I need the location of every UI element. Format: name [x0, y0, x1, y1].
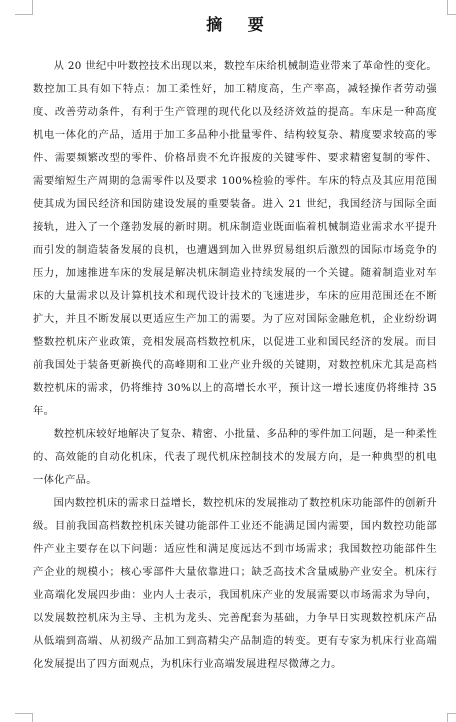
- page-corner-mark-top-right: [447, 0, 456, 15]
- abstract-paragraph-3: 国内数控机床的需求日益增长，数控机床的发展推动了数控机床功能部件的创新升级。目前…: [33, 492, 437, 676]
- abstract-title: 摘 要: [33, 15, 437, 35]
- abstract-paragraph-2: 数控机床较好地解决了复杂、精密、小批量、多品种的零件加工问题，是一种柔性的、高效…: [33, 423, 437, 492]
- page-corner-mark-top-left: [15, 0, 33, 15]
- page-corner-mark-bottom-right: [447, 713, 456, 722]
- document-page: 摘 要 从 20 世纪中叶数控技术出现以来，数控车床给机械制造业带来了革命性的变…: [33, 0, 437, 676]
- page-corner-mark-bottom-left: [15, 713, 33, 722]
- abstract-paragraph-1: 从 20 世纪中叶数控技术出现以来，数控车床给机械制造业带来了革命性的变化。数控…: [33, 55, 437, 423]
